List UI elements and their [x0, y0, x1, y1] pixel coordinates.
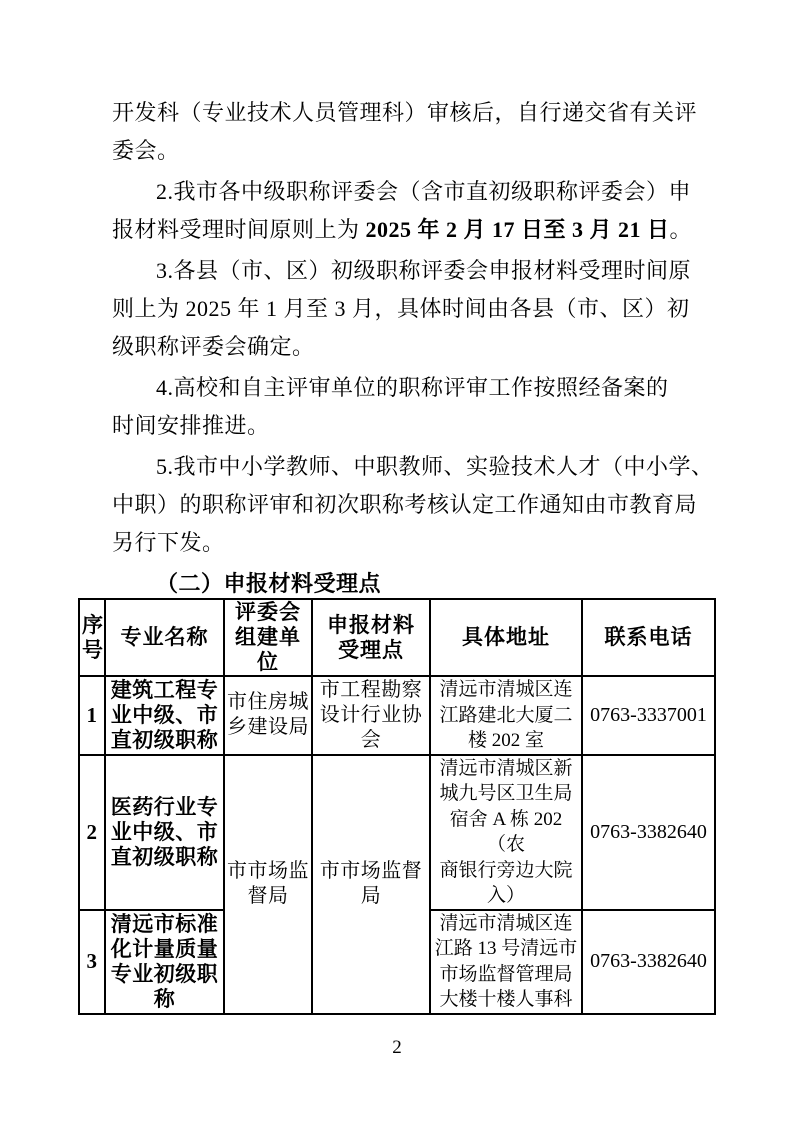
cell-org: 市住房城 乡建设局 [224, 676, 312, 755]
column-header-major: 专业名称 [105, 599, 224, 676]
cell-major: 清远市标准 化计量质量 专业初级职 称 [105, 910, 224, 1014]
cell-seq: 2 [79, 755, 105, 910]
paragraph-continuation: 开发科（专业技术人员管理科）审核后，自行递交省有关评 委会。 [112, 94, 762, 170]
paragraph-item-4: 4.高校和自主评审单位的职称评审工作按照经备案的 时间安排推进。 [112, 369, 762, 445]
cell-phone: 0763-3382640 [582, 755, 715, 910]
table-header-row: 序 号 专业名称 评委会 组建单 位 申报材料 受理点 具体地址 联系电话 [79, 599, 715, 676]
table-row: 1 建筑工程专 业中级、市 直初级职称 市住房城 乡建设局 市工程勘察 设计行业… [79, 676, 715, 755]
cell-address: 清远市清城区连 江路建北大厦二 楼 202 室 [430, 676, 582, 755]
column-header-address: 具体地址 [430, 599, 582, 676]
cell-phone: 0763-3382640 [582, 910, 715, 1014]
column-header-phone: 联系电话 [582, 599, 715, 676]
cell-point-merged: 市市场监督 局 [312, 755, 430, 1014]
column-header-org: 评委会 组建单 位 [224, 599, 312, 676]
paragraph-item-2-period: 。 [670, 217, 693, 242]
paragraph-item-2: 2.我市各中级职称评委会（含市直初级职称评委会）申 报材料受理时间原则上为 20… [112, 173, 762, 249]
paragraph-item-2-dates-bold: 2025 年 2 月 17 日至 3 月 21 日 [366, 217, 670, 242]
cell-address: 清远市清城区连 江路 13 号清远市 市场监督管理局 大楼十楼人事科 [430, 910, 582, 1014]
cell-phone: 0763-3337001 [582, 676, 715, 755]
paragraph-item-3: 3.各县（市、区）初级职称评委会申报材料受理时间原 则上为 2025 年 1 月… [112, 252, 762, 366]
cell-major: 医药行业专 业中级、市 直初级职称 [105, 755, 224, 910]
cell-major: 建筑工程专 业中级、市 直初级职称 [105, 676, 224, 755]
acceptance-points-table: 序 号 专业名称 评委会 组建单 位 申报材料 受理点 具体地址 联系电话 1 … [78, 598, 716, 1015]
paragraph-item-5: 5.我市中小学教师、中职教师、实验技术人才（中小学、 中职）的职称评审和初次职称… [112, 448, 762, 562]
cell-address: 清远市清城区新 城九号区卫生局 宿舍 A 栋 202（农 商银行旁边大院 入） [430, 755, 582, 910]
cell-org-merged: 市市场监 督局 [224, 755, 312, 1014]
page-number: 2 [0, 1036, 794, 1060]
table-row: 2 医药行业专 业中级、市 直初级职称 市市场监 督局 市市场监督 局 清远市清… [79, 755, 715, 910]
column-header-seq: 序 号 [79, 599, 105, 676]
column-header-point: 申报材料 受理点 [312, 599, 430, 676]
cell-seq: 1 [79, 676, 105, 755]
cell-point: 市工程勘察 设计行业协 会 [312, 676, 430, 755]
document-body: 开发科（专业技术人员管理科）审核后，自行递交省有关评 委会。 2.我市各中级职称… [112, 94, 762, 603]
cell-seq: 3 [79, 910, 105, 1014]
document-page: 开发科（专业技术人员管理科）审核后，自行递交省有关评 委会。 2.我市各中级职称… [0, 0, 794, 1123]
